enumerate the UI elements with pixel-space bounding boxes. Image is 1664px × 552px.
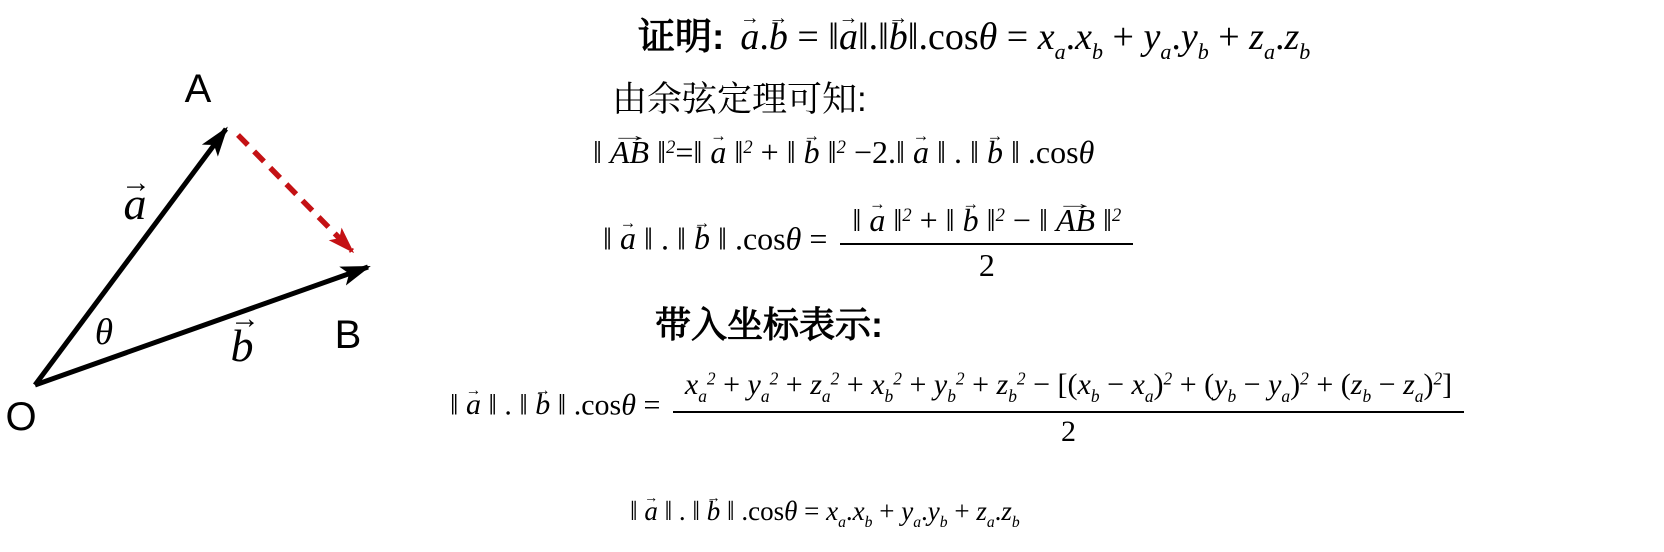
vector-diagram: A B O θ → a → b: [0, 40, 440, 510]
vector-ob-line: [35, 267, 368, 385]
formula-isolated-cos-fraction: ‖ →a ‖ . ‖ →b ‖ .cosθ = ‖ →a ‖2 + ‖ →b ‖…: [603, 200, 1138, 284]
vector-a-label: a: [124, 178, 147, 229]
page: A B O θ → a → b 证明: →a.→b = ‖→a‖.‖→b‖.co…: [0, 0, 1664, 552]
vector-b-label: b: [231, 320, 254, 371]
vector-ab-dashed-line: [238, 135, 352, 251]
proof-heading: 证明:: [638, 6, 724, 60]
formula-coordinate-fraction: ‖ →a ‖ . ‖ →b ‖ .cosθ = xa2 + ya2 + za2 …: [450, 366, 1469, 449]
proof-line: 证明: →a.→b = ‖→a‖.‖→b‖.cosθ = xa.xb + ya.…: [638, 6, 1310, 65]
point-label-a: A: [185, 67, 212, 111]
point-label-b: B: [335, 313, 362, 357]
formula-law-of-cosines-expansion: ‖ →AB ‖2=‖ →a ‖2 + ‖ →b ‖2 −2.‖ →a ‖ . ‖…: [593, 134, 1094, 171]
angle-theta-label: θ: [95, 312, 113, 353]
point-label-o: O: [5, 395, 36, 439]
formula-final-result: ‖ →a ‖ . ‖ →b ‖ .cosθ = xa.xb + ya.yb + …: [630, 496, 1020, 532]
formula-dot-product-definition: →a.→b = ‖→a‖.‖→b‖.cosθ = xa.xb + ya.yb +…: [740, 15, 1310, 65]
heading-law-of-cosines: 由余弦定理可知:: [612, 72, 867, 122]
heading-substitute-coordinates: 带入坐标表示:: [655, 297, 883, 348]
